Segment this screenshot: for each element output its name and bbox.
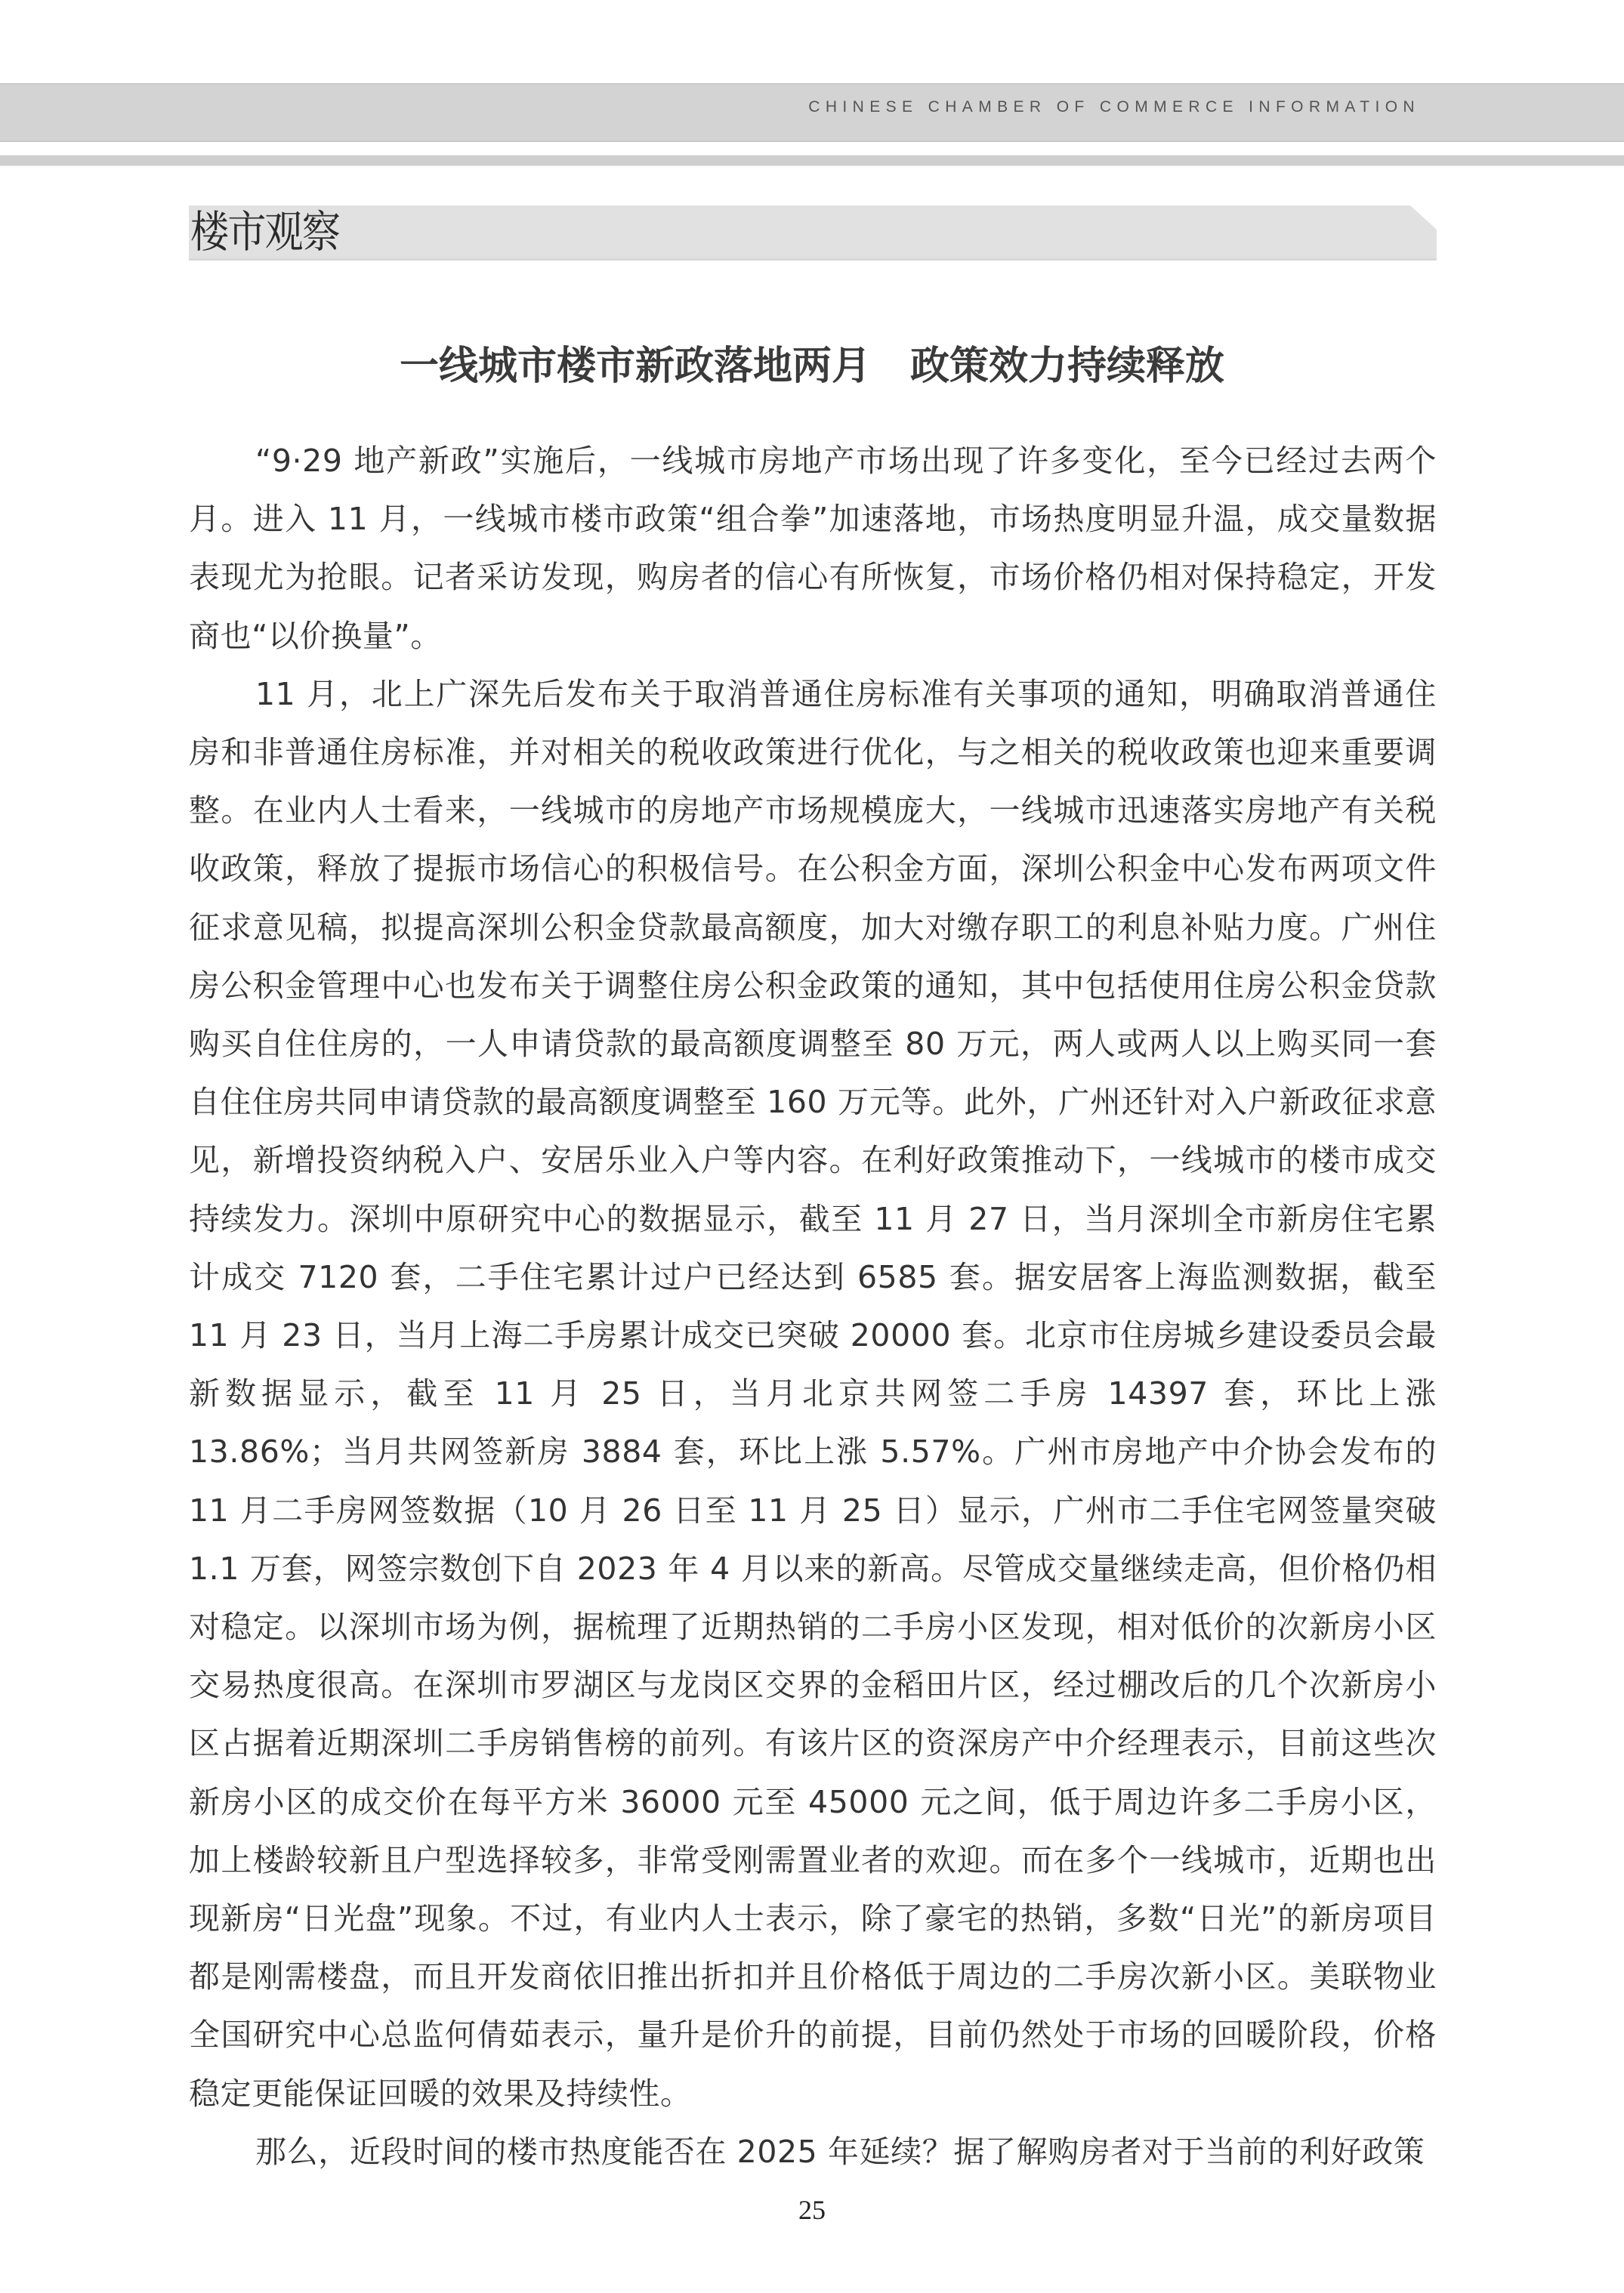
article-title: 一线城市楼市新政落地两月 政策效力持续释放 bbox=[0, 341, 1624, 391]
paragraph-outlook: 那么，近段时间的楼市热度能否在 2025 年延续？据了解购房者对于当前的利好政策 bbox=[189, 2123, 1437, 2181]
page-number: 25 bbox=[0, 2194, 1624, 2226]
paragraph-intro: “9·29 地产新政”实施后，一线城市房地产市场出现了许多变化，至今已经过去两个… bbox=[189, 432, 1437, 665]
running-header-band: CHINESE CHAMBER OF COMMERCE INFORMATION bbox=[0, 83, 1624, 142]
publication-name: CHINESE CHAMBER OF COMMERCE INFORMATION bbox=[808, 98, 1420, 116]
article-body: “9·29 地产新政”实施后，一线城市房地产市场出现了许多变化，至今已经过去两个… bbox=[189, 432, 1437, 2181]
section-title: 楼市观察 bbox=[190, 207, 339, 257]
section-header-band: 楼市观察 bbox=[189, 205, 1437, 261]
header-divider-stripe bbox=[0, 155, 1624, 166]
paragraph-policy-details: 11 月，北上广深先后发布关于取消普通住房标准有关事项的通知，明确取消普通住房和… bbox=[189, 665, 1437, 2123]
